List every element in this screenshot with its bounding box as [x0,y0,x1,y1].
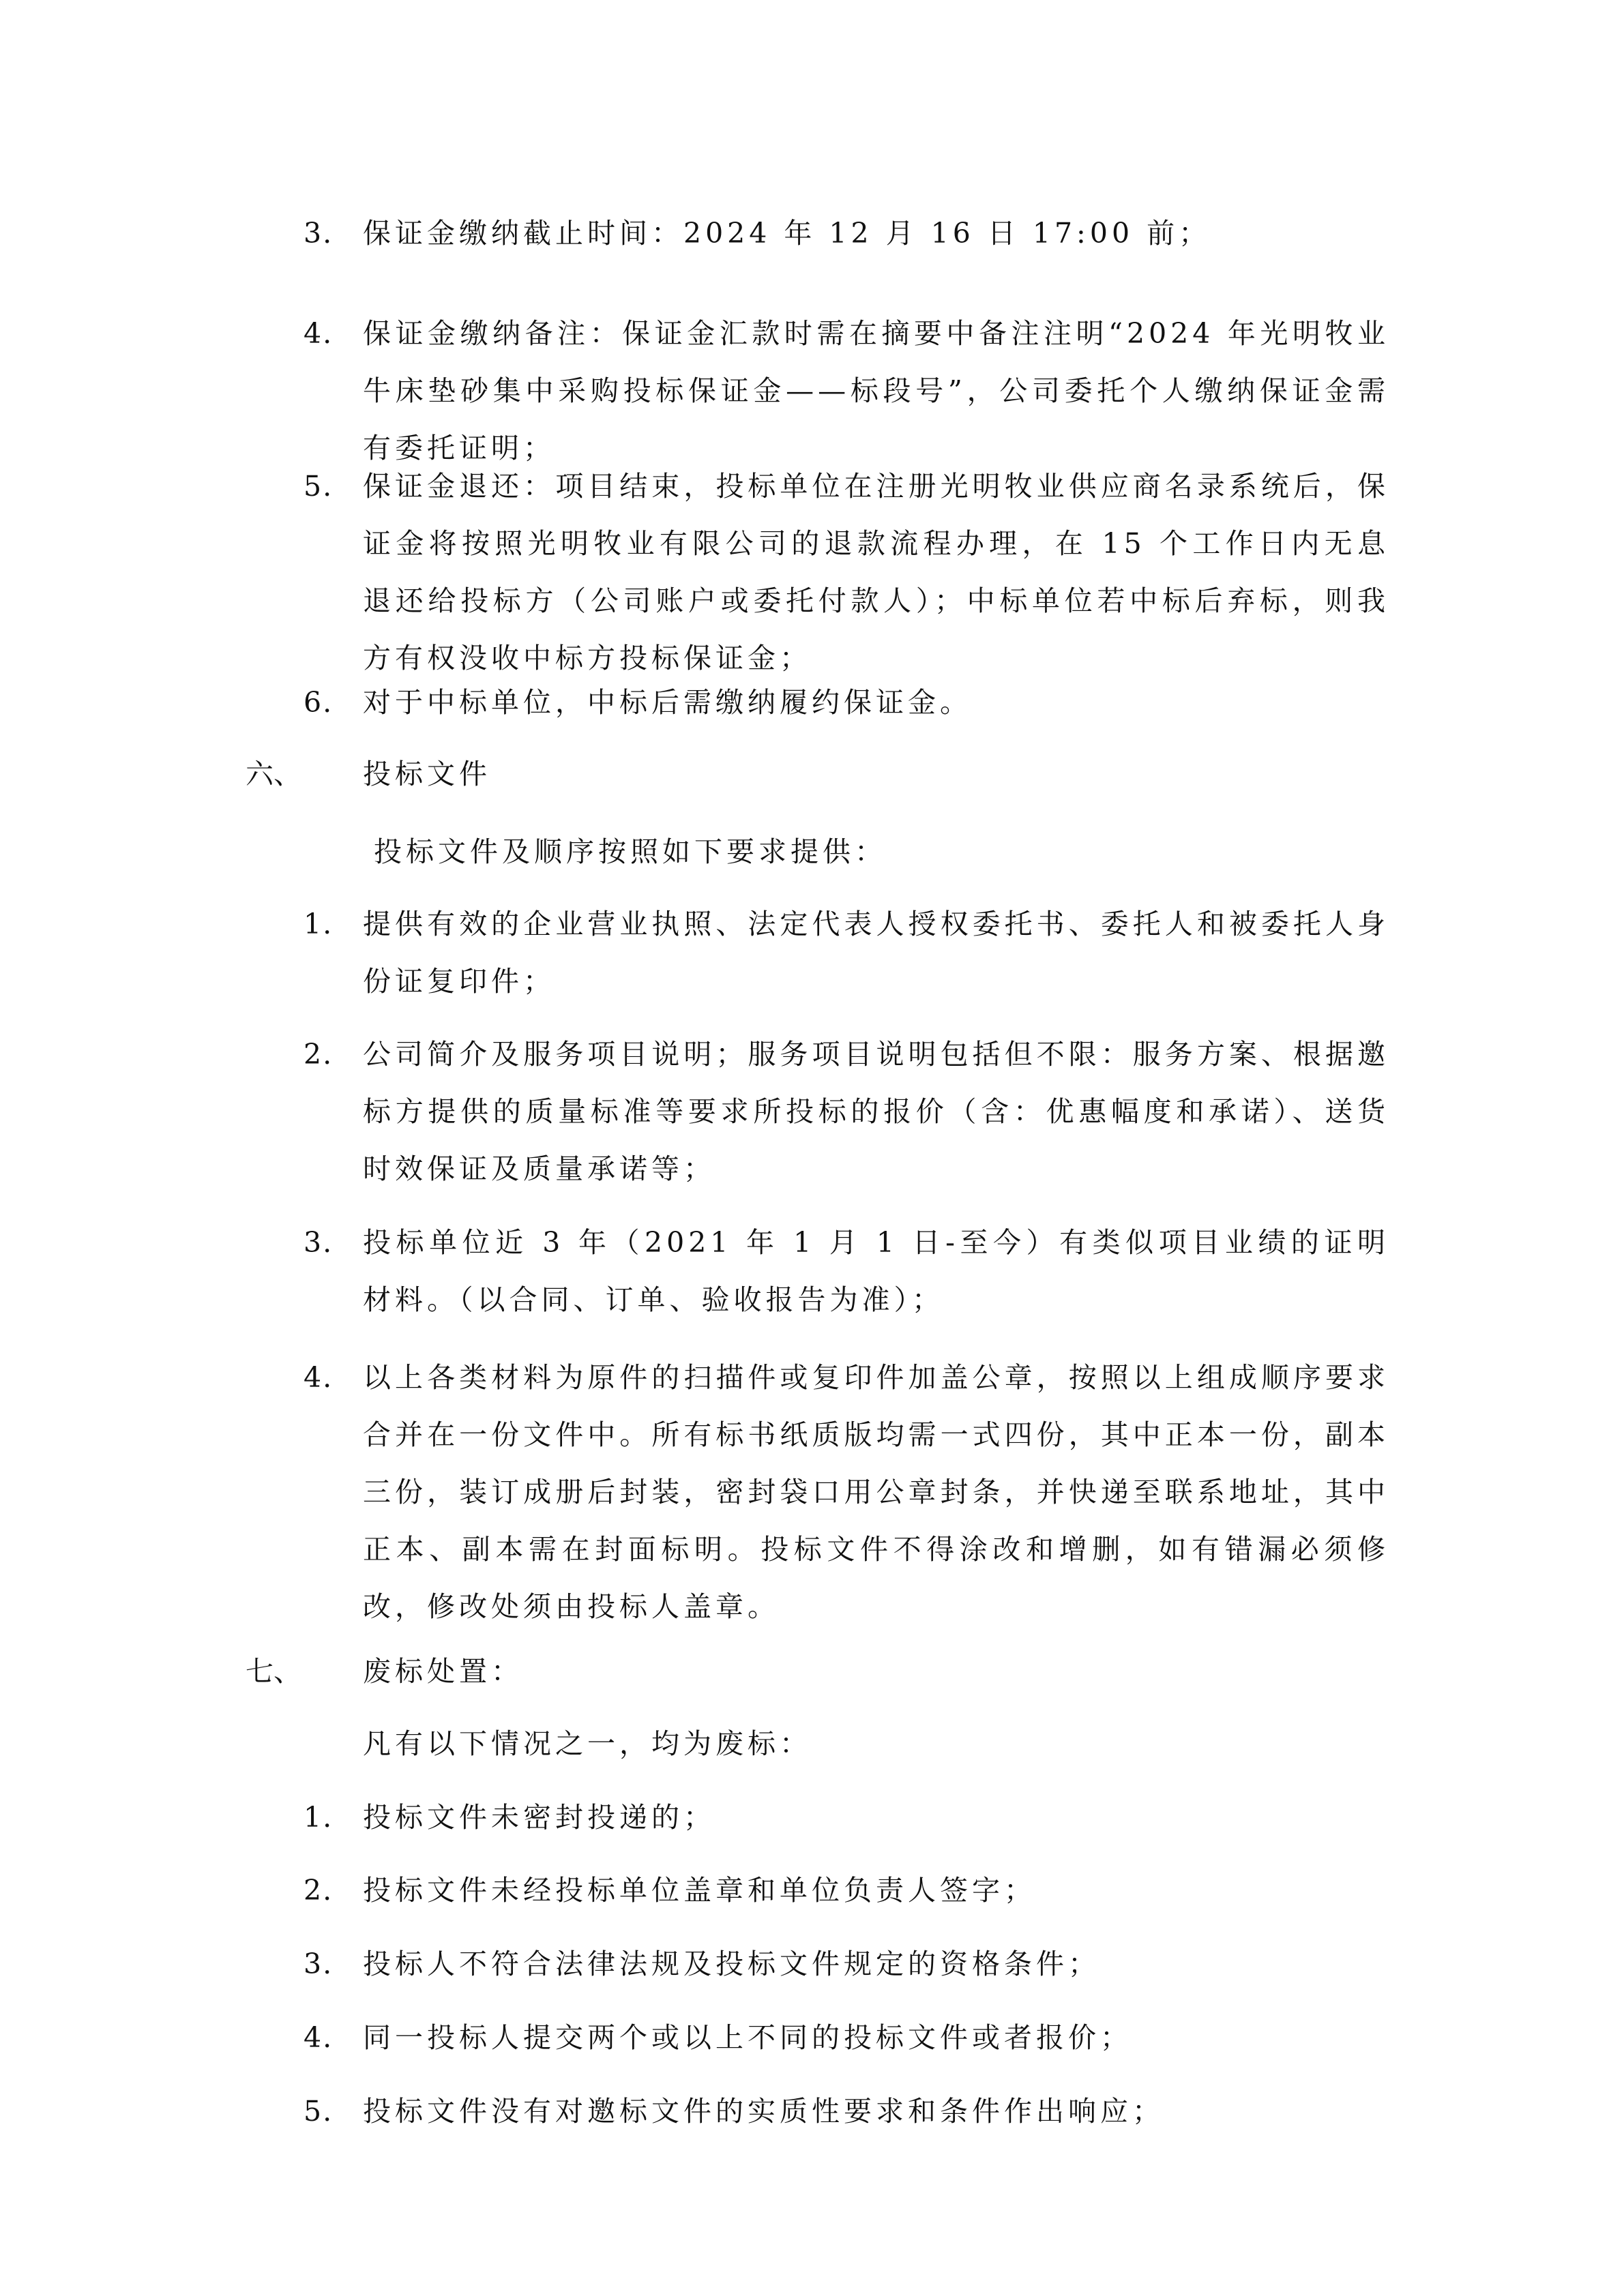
list-number: 5. [304,2083,333,2140]
list-number: 1. [304,895,333,953]
list-number: 4. [304,305,333,362]
intro-text: 凡有以下情况之一，均为废标： [363,1715,812,1772]
list-text: 保证金退还：项目结束，投标单位在注册光明牧业供应商名录系统后，保证金将按照光明牧… [363,458,1389,687]
section-title: 投标文件 [363,745,491,803]
section-number: 六、 [246,745,301,803]
list-text: 公司简介及服务项目说明；服务项目说明包括但不限：服务方案、根据邀标方提供的质量标… [363,1026,1389,1197]
intro-text: 投标文件及顺序按照如下要求提供： [374,823,887,880]
section-title: 废标处置： [363,1643,523,1700]
list-number: 4. [304,1349,333,1406]
list-number: 2. [304,1026,333,1083]
list-number: 6. [304,674,333,731]
list-text: 提供有效的企业营业执照、法定代表人授权委托书、委托人和被委托人身份证复印件； [363,895,1389,1010]
list-text: 投标人不符合法律法规及投标文件规定的资格条件； [363,1935,1389,1993]
list-number: 4. [304,2009,333,2066]
list-text: 投标文件未经投标单位盖章和单位负责人签字； [363,1862,1389,1919]
list-text: 对于中标单位，中标后需缴纳履约保证金。 [363,674,1389,731]
list-text: 同一投标人提交两个或以上不同的投标文件或者报价； [363,2009,1389,2066]
document-page: 3. 保证金缴纳截止时间：2024 年 12 月 16 日 17:00 前； 4… [0,0,1624,2296]
list-number: 5. [304,458,333,515]
list-number: 3. [304,205,333,262]
list-text: 投标文件未密封投递的； [363,1789,1389,1846]
list-text: 投标单位近 3 年（2021 年 1 月 1 日-至今）有类似项目业绩的证明材料… [363,1214,1389,1328]
list-text: 保证金缴纳备注：保证金汇款时需在摘要中备注注明“2024 年光明牧业牛床垫砂集中… [363,305,1389,477]
list-text: 保证金缴纳截止时间：2024 年 12 月 16 日 17:00 前； [363,205,1389,262]
section-number: 七、 [246,1643,301,1700]
list-text: 以上各类材料为原件的扫描件或复印件加盖公章，按照以上组成顺序要求合并在一份文件中… [363,1349,1389,1635]
list-number: 2. [304,1862,333,1919]
list-number: 3. [304,1214,333,1271]
list-text: 投标文件没有对邀标文件的实质性要求和条件作出响应； [363,2083,1389,2140]
list-number: 1. [304,1789,333,1846]
list-number: 3. [304,1935,333,1993]
